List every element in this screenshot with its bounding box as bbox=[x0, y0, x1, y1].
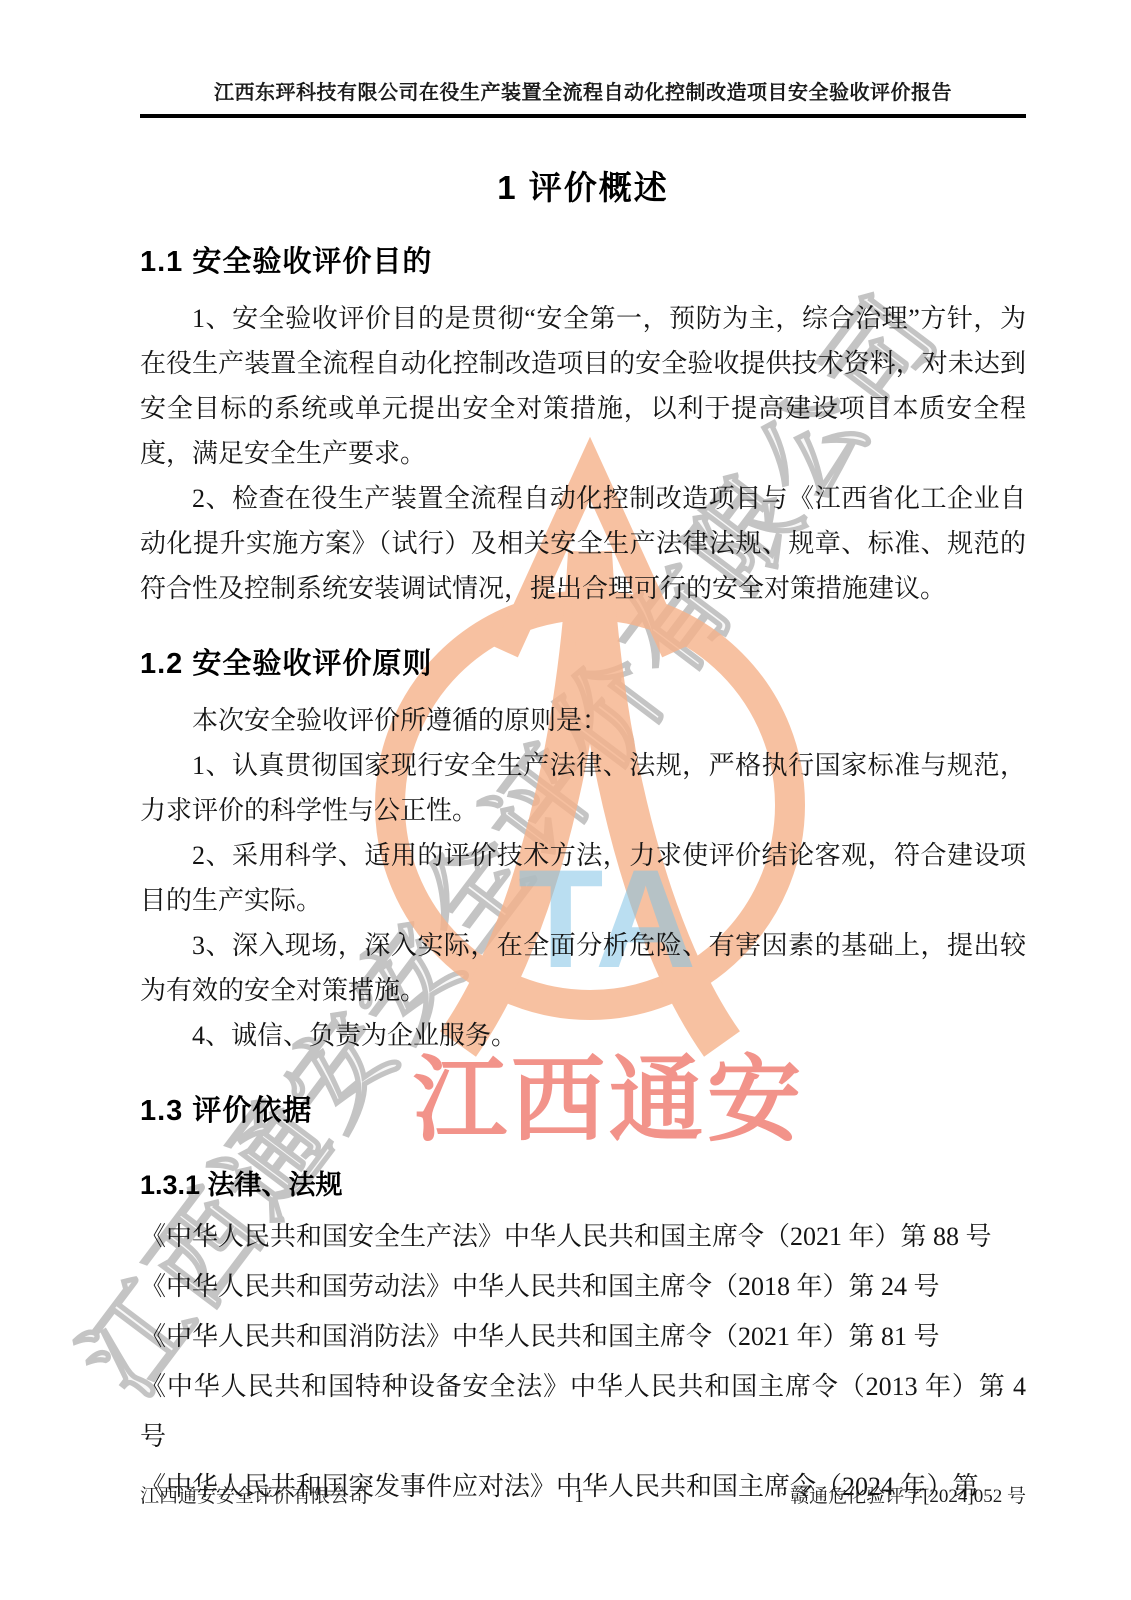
subsection-heading-1-3-1: 1.3.1 法律、法规 bbox=[140, 1163, 1026, 1202]
footer-page-number: 1 bbox=[574, 1486, 584, 1508]
law-reference-item: 《中华人民共和国安全生产法》中华人民共和国主席令（2021 年）第 88 号 bbox=[140, 1212, 1026, 1262]
document-content: 江西东玶科技有限公司在役生产装置全流程自动化控制改造项目安全验收评价报告 1 评… bbox=[0, 0, 1131, 1512]
law-reference-item: 《中华人民共和国劳动法》中华人民共和国主席令（2018 年）第 24 号 bbox=[140, 1262, 1026, 1312]
law-reference-item: 《中华人民共和国特种设备安全法》中华人民共和国主席令（2013 年）第 4 号 bbox=[140, 1362, 1026, 1462]
page-header: 江西东玶科技有限公司在役生产装置全流程自动化控制改造项目安全验收评价报告 bbox=[140, 0, 1026, 118]
paragraph: 2、采用科学、适用的评价技术方法，力求使评价结论客观，符合建设项目的生产实际。 bbox=[140, 833, 1026, 923]
section-heading-1-3: 1.3 评价依据 bbox=[140, 1088, 1026, 1129]
paragraph: 1、安全验收评价目的是贯彻“安全第一，预防为主，综合治理”方针，为在役生产装置全… bbox=[140, 296, 1026, 476]
header-report-title: 江西东玶科技有限公司在役生产装置全流程自动化控制改造项目安全验收评价报告 bbox=[140, 76, 1026, 105]
paragraph: 3、深入现场，深入实际，在全面分析危险、有害因素的基础上，提出较为有效的安全对策… bbox=[140, 923, 1026, 1013]
page-footer: 江西通安安全评价有限公司 1 赣通危化验评字[2024]052 号 bbox=[140, 1481, 1026, 1508]
footer-doc-number: 赣通危化验评字[2024]052 号 bbox=[790, 1481, 1026, 1508]
paragraph: 2、检查在役生产装置全流程自动化控制改造项目与《江西省化工企业自动化提升实施方案… bbox=[140, 476, 1026, 611]
footer-company-name: 江西通安安全评价有限公司 bbox=[140, 1481, 368, 1508]
paragraph: 本次安全验收评价所遵循的原则是： bbox=[140, 698, 1026, 743]
chapter-title: 1 评价概述 bbox=[140, 162, 1026, 209]
paragraph: 4、诚信、负责为企业服务。 bbox=[140, 1013, 1026, 1058]
section-heading-1-1: 1.1 安全验收评价目的 bbox=[140, 239, 1026, 280]
law-reference-item: 《中华人民共和国消防法》中华人民共和国主席令（2021 年）第 81 号 bbox=[140, 1312, 1026, 1362]
section-heading-1-2: 1.2 安全验收评价原则 bbox=[140, 641, 1026, 682]
document-page: 江西通安安全评价有限公司 TA 江西通安 江西东玶科技有限公司在役生产装置全流程… bbox=[0, 0, 1131, 1600]
paragraph: 1、认真贯彻国家现行安全生产法律、法规，严格执行国家标准与规范，力求评价的科学性… bbox=[140, 743, 1026, 833]
